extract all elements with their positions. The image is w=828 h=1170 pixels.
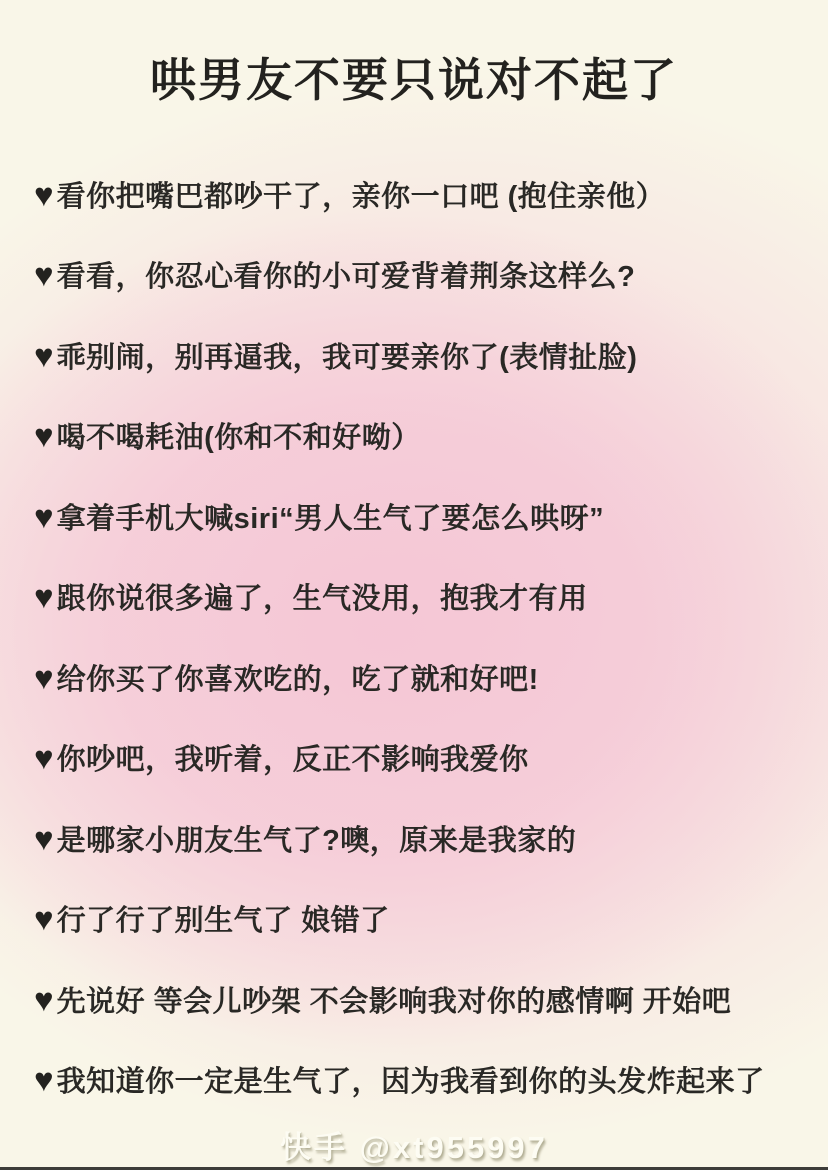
list-item: ♥ 是哪家小朋友生气了?噢，原来是我家的 (34, 798, 804, 879)
list-item: ♥ 拿着手机大喊siri“男人生气了要怎么哄呀” (34, 476, 804, 557)
tip-text: 看看，你忍心看你的小可爱背着荆条这样么? (57, 254, 636, 295)
list-item: ♥ 乖别闹，别再逼我，我可要亲你了(表情扯脸) (34, 315, 804, 396)
tip-text: 我知道你一定是生气了，因为我看到你的头发炸起来了 (57, 1059, 765, 1100)
page-title: 哄男友不要只说对不起了 (0, 0, 828, 110)
list-item: ♥ 我知道你一定是生气了，因为我看到你的头发炸起来了 (34, 1040, 804, 1121)
list-item: ♥ 行了行了别生气了 娘错了 (34, 879, 804, 960)
heart-icon: ♥ (34, 178, 54, 211)
heart-icon: ♥ (34, 1063, 54, 1096)
tip-text: 是哪家小朋友生气了?噢，原来是我家的 (57, 818, 577, 859)
heart-icon: ♥ (34, 500, 54, 533)
tip-text: 跟你说很多遍了，生气没用，抱我才有用 (57, 576, 588, 617)
list-item: ♥ 先说好 等会儿吵架 不会影响我对你的感情啊 开始吧 (34, 959, 804, 1040)
tip-text: 先说好 等会儿吵架 不会影响我对你的感情啊 开始吧 (57, 979, 732, 1020)
tip-text: 看你把嘴巴都吵干了，亲你一口吧 (抱住亲他） (57, 174, 666, 215)
heart-icon: ♥ (34, 983, 54, 1016)
list-item: ♥ 看看，你忍心看你的小可爱背着荆条这样么? (34, 235, 804, 316)
heart-icon: ♥ (34, 661, 54, 694)
tip-text: 行了行了别生气了 娘错了 (57, 898, 390, 939)
heart-icon: ♥ (34, 741, 54, 774)
tip-text: 给你买了你喜欢吃的，吃了就和好吧! (57, 657, 539, 698)
heart-icon: ♥ (34, 419, 54, 452)
tip-text: 喝不喝耗油(你和不和好呦） (57, 415, 421, 456)
heart-icon: ♥ (34, 580, 54, 613)
list-item: ♥ 给你买了你喜欢吃的，吃了就和好吧! (34, 637, 804, 718)
list-item: ♥ 看你把嘴巴都吵干了，亲你一口吧 (抱住亲他） (34, 154, 804, 235)
heart-icon: ♥ (34, 822, 54, 855)
kuaishou-watermark: 快手 @xt955997 (0, 1122, 828, 1167)
tip-text: 你吵吧，我听着，反正不影响我爱你 (57, 737, 529, 778)
heart-icon: ♥ (34, 339, 54, 372)
list-item: ♥ 你吵吧，我听着，反正不影响我爱你 (34, 718, 804, 799)
tips-list: ♥ 看你把嘴巴都吵干了，亲你一口吧 (抱住亲他） ♥ 看看，你忍心看你的小可爱背… (0, 154, 828, 1120)
list-item: ♥ 跟你说很多遍了，生气没用，抱我才有用 (34, 557, 804, 638)
heart-icon: ♥ (34, 258, 54, 291)
tip-text: 拿着手机大喊siri“男人生气了要怎么哄呀” (57, 496, 605, 537)
meme-poster: 哄男友不要只说对不起了 ♥ 看你把嘴巴都吵干了，亲你一口吧 (抱住亲他） ♥ 看… (0, 0, 828, 1170)
tip-text: 乖别闹，别再逼我，我可要亲你了(表情扯脸) (57, 335, 638, 376)
list-item: ♥ 喝不喝耗油(你和不和好呦） (34, 396, 804, 477)
heart-icon: ♥ (34, 902, 54, 935)
